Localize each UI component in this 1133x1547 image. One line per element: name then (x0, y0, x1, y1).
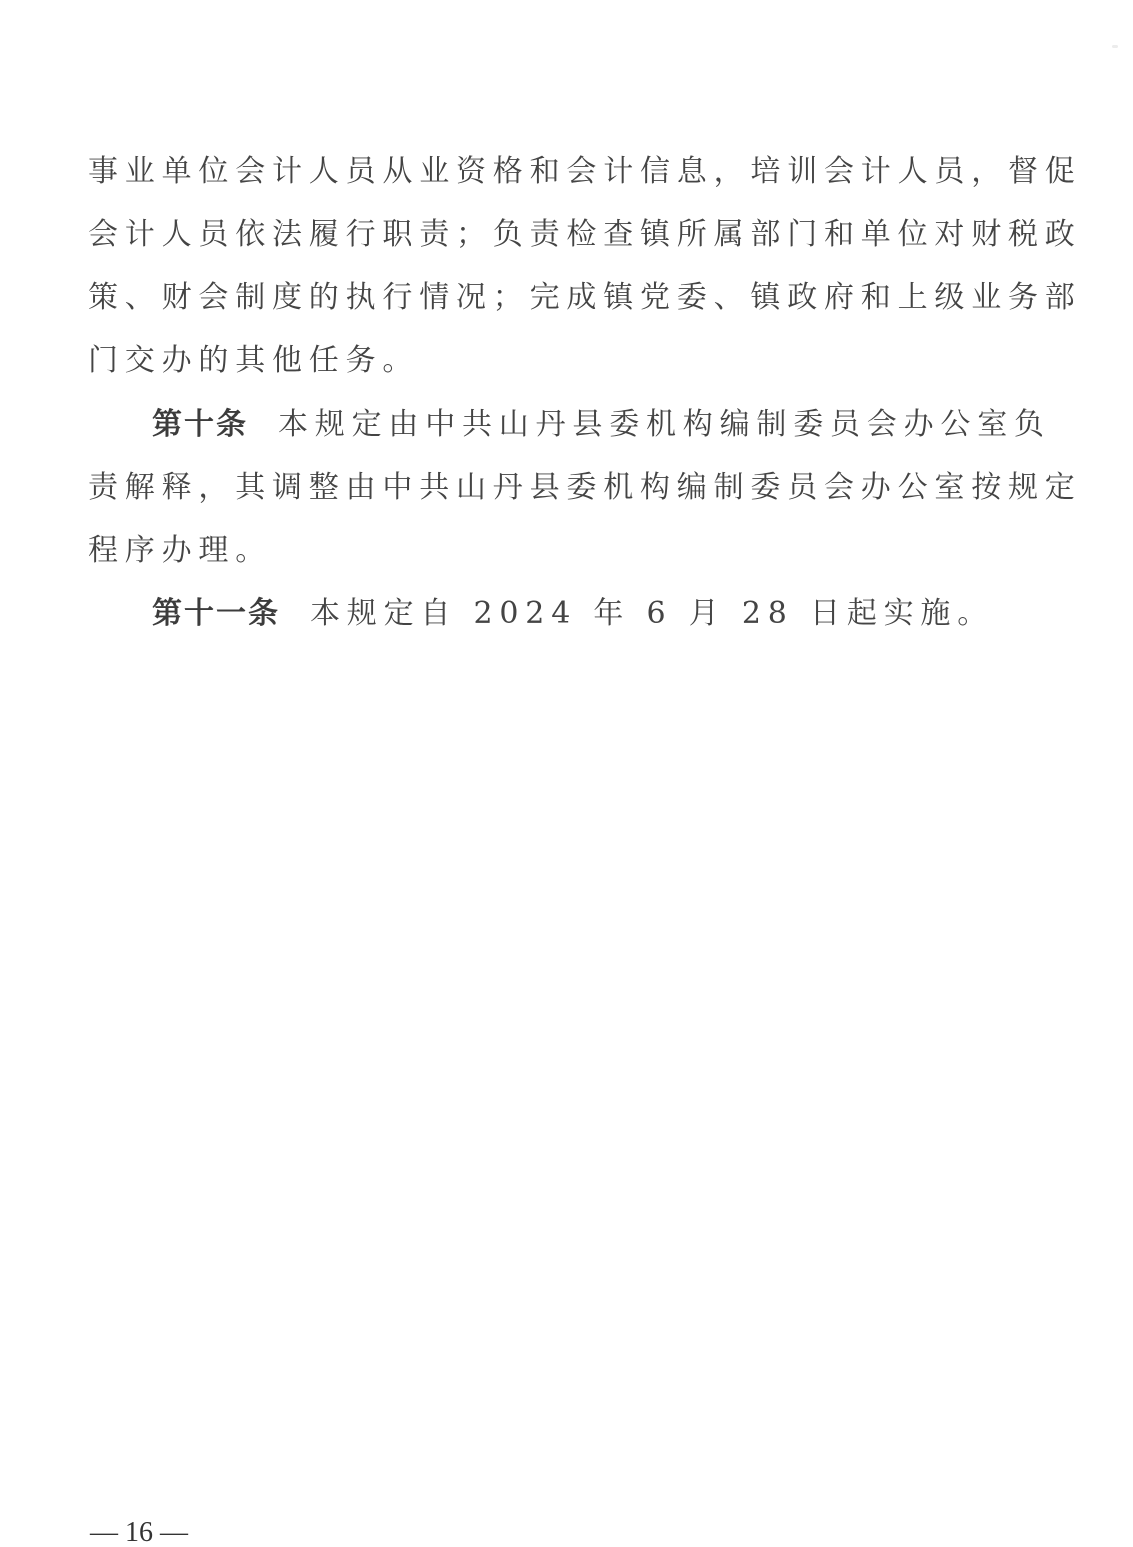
text-line: 策、财会制度的执行情况；完成镇党委、镇政府和上级业务部 (88, 276, 1082, 320)
document-page: 事业单位会计人员从业资格和会计信息，培训会计人员，督促 会计人员依法履行职责；负… (0, 0, 1133, 1547)
page-number: — 16 — (90, 1518, 188, 1547)
article-11-label: 第十一条 (152, 596, 280, 631)
article-11-first-line: 第十一条本规定自 2024 年 6 月 28 日起实施。 (152, 592, 994, 636)
text-line: 事业单位会计人员从业资格和会计信息，培训会计人员，督促 (88, 150, 1082, 194)
article-10-text: 本规定由中共山丹县委机构编制委员会办公室负 (278, 407, 1051, 442)
article-10-first-line: 第十条本规定由中共山丹县委机构编制委员会办公室负 (152, 403, 1051, 447)
text-line: 会计人员依法履行职责；负责检查镇所属部门和单位对财税政 (88, 213, 1082, 257)
article-11-text: 本规定自 2024 年 6 月 28 日起实施。 (310, 596, 994, 631)
scan-speck (1112, 45, 1118, 48)
text-line: 责解释，其调整由中共山丹县委机构编制委员会办公室按规定 (88, 466, 1082, 510)
text-line: 程序办理。 (88, 529, 272, 573)
text-line: 门交办的其他任务。 (88, 339, 419, 383)
article-10-label: 第十条 (152, 407, 248, 442)
